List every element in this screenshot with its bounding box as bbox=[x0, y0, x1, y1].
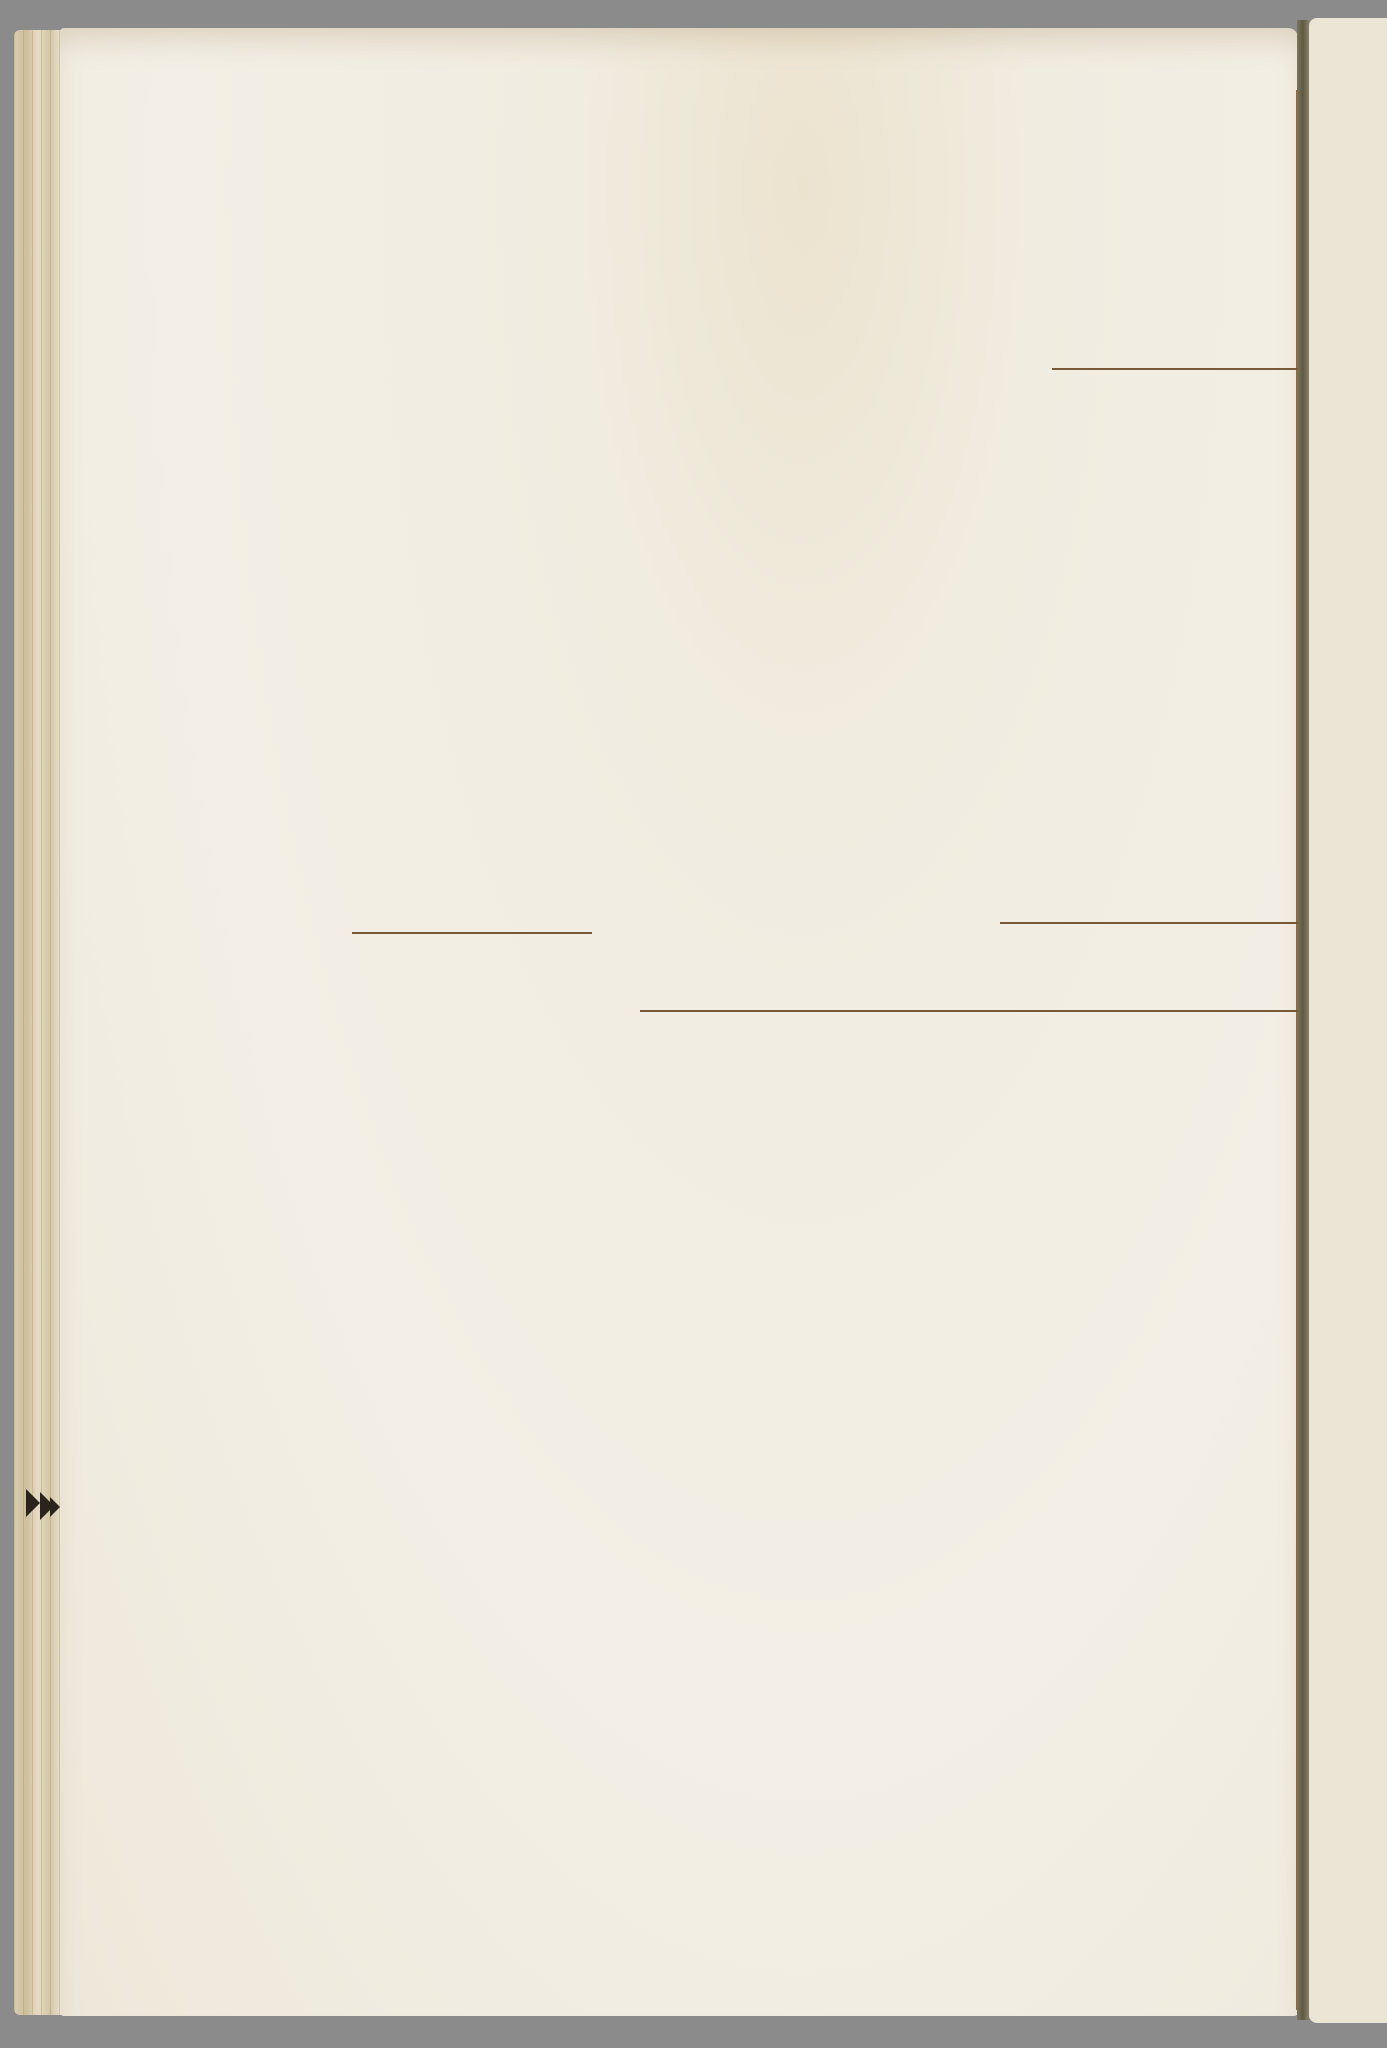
fill-rule bbox=[1000, 922, 1298, 924]
fill-rule bbox=[352, 932, 592, 934]
register-page bbox=[60, 28, 1298, 2016]
fill-rule bbox=[640, 1010, 1298, 1012]
next-page-edge bbox=[1309, 18, 1387, 2023]
binding-notch-3 bbox=[50, 1497, 60, 1517]
binding-notch-1 bbox=[26, 1489, 40, 1517]
book-gutter bbox=[1297, 20, 1309, 2020]
fill-rule bbox=[1052, 368, 1298, 370]
